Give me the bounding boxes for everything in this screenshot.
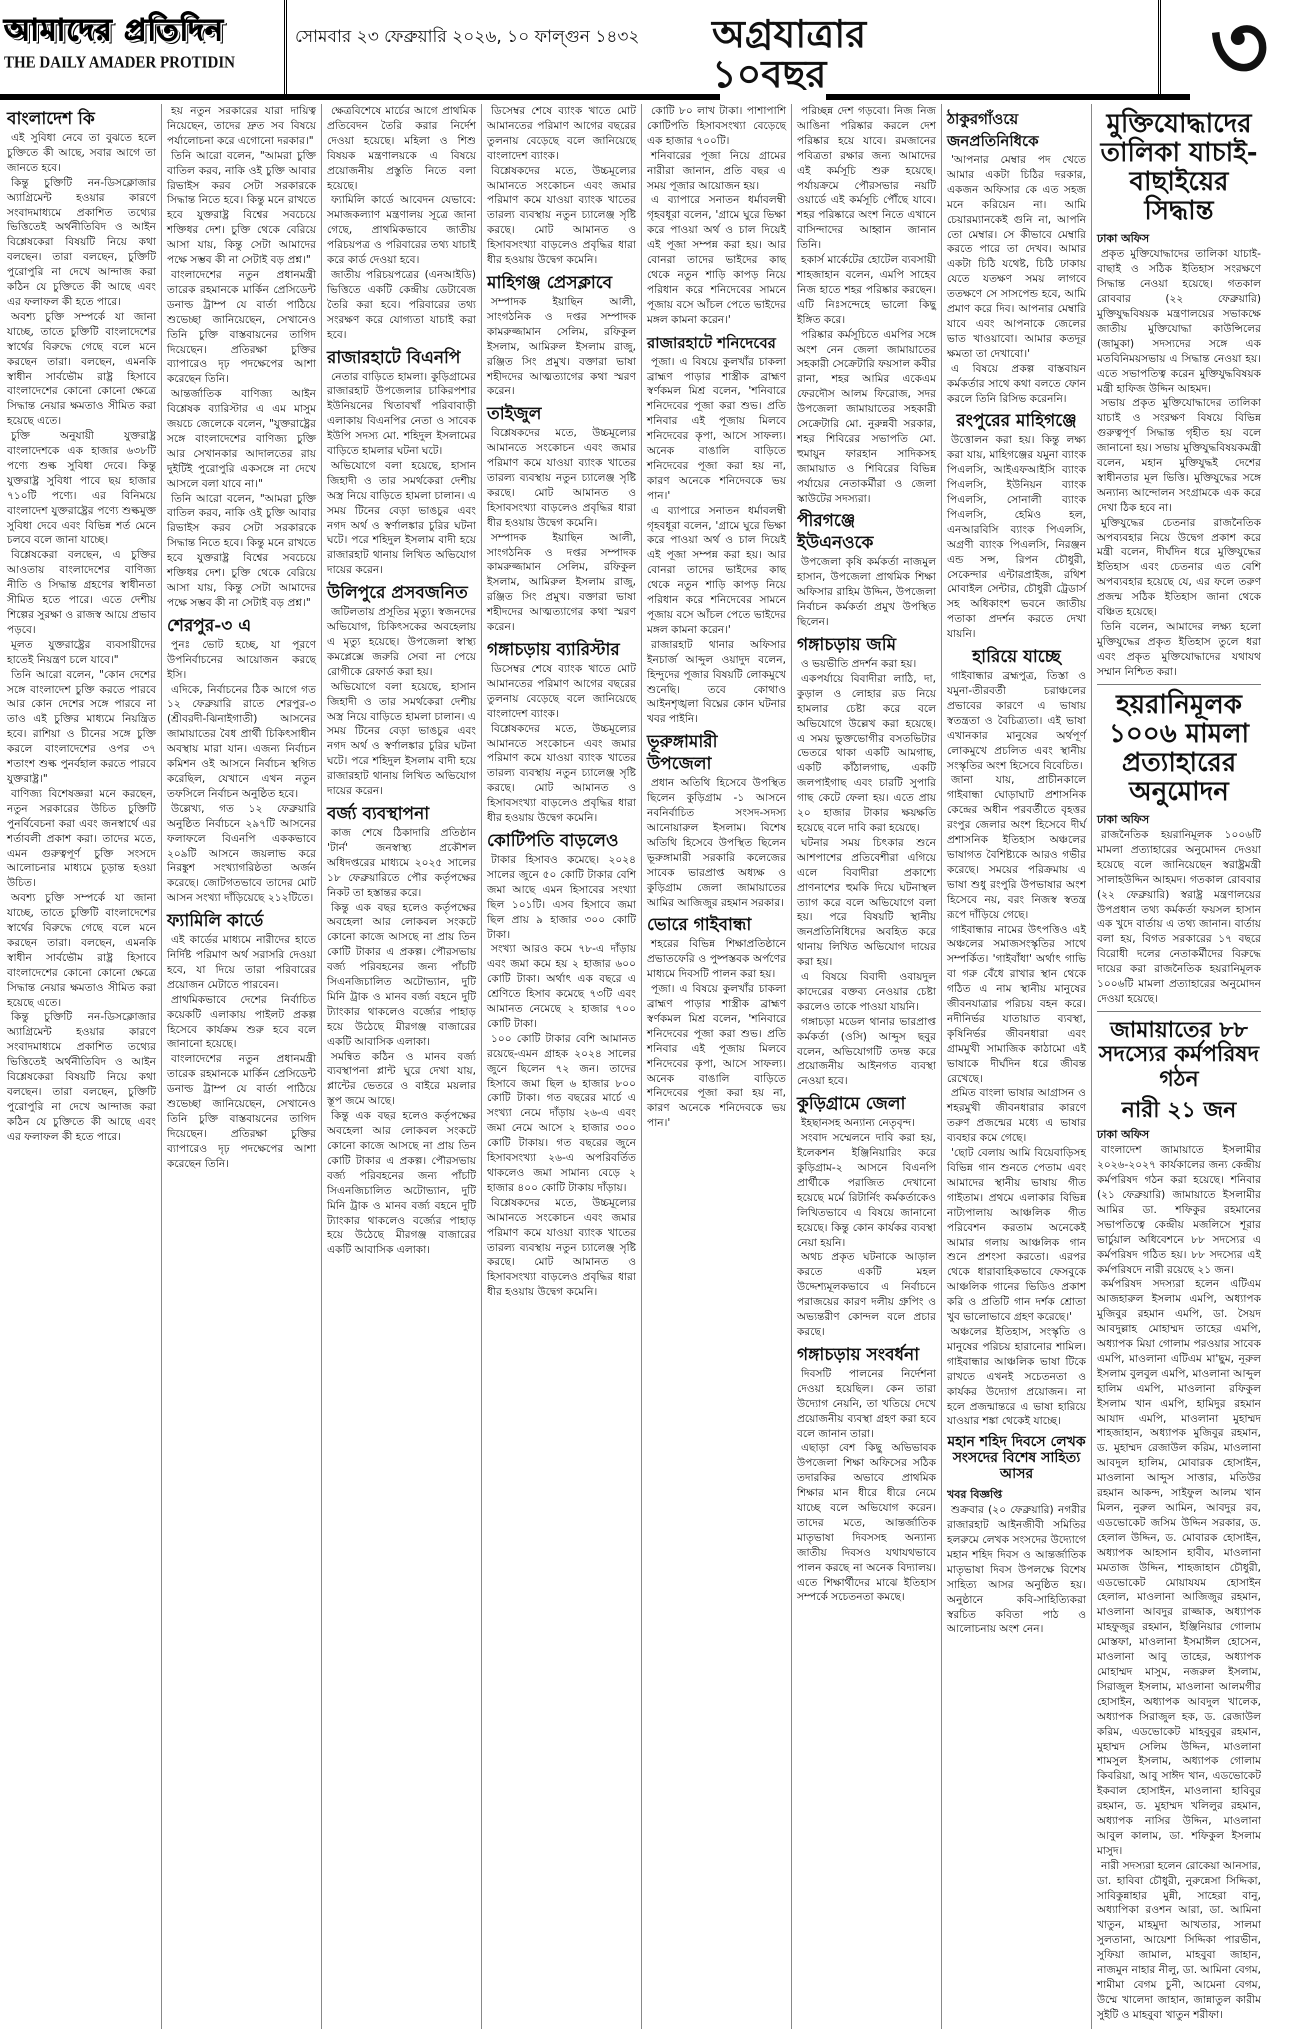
- paragraph: গঙ্গাচড়া মডেল থানার ভারপ্রাপ্ত কর্মকর্ত…: [797, 1015, 936, 1090]
- subheading[interactable]: গঙ্গাচড়ায় জমি: [797, 634, 936, 656]
- story-divider: [1097, 1011, 1261, 1012]
- paragraph: অভিযোগে বলা হয়েছে, হাসান জিহাদী ও তার স…: [327, 459, 476, 578]
- paragraph: সম্পাদক ইয়াছিন আলী, সাংগঠনিক ও দপ্তর সম…: [487, 295, 636, 399]
- paragraph: অঞ্চলের ইতিহাস, সংস্কৃতি ও মানুষের পরিচয…: [947, 1325, 1086, 1429]
- paragraph: পরিচ্ছন্ন দেশ গড়বো। নিজ নিজ আঙিনা পরিষ্…: [797, 104, 936, 253]
- column-4: ডিসেম্বর শেষে ব্যাংক খাতে মোট আমানতের পর…: [484, 104, 639, 2029]
- paragraph: প্রাথমিকভাবে দেশের নির্বাচিত কয়েকটি এলা…: [167, 993, 316, 1053]
- paragraph: একপর্যায়ে বিবাদীরা লাঠি, দা, কুড়াল ও ল…: [797, 672, 936, 836]
- paragraph: এ ব্যাপারে সনাতন ধর্মাবলম্বী গৃহবধূরা বল…: [647, 193, 786, 327]
- paragraph: কিন্তু চুক্তিটি নন-ডিসক্লোজার অ্যাগ্রিমে…: [7, 176, 156, 310]
- story-byline: ঢাকা অফিস: [1097, 1128, 1261, 1143]
- column-5: কোটি ৮০ লাখ টাকা। পাশাপাশি কোটিপতি হিসাব…: [644, 104, 789, 2029]
- paragraph: অবশ্য চুক্তি সম্পর্কে যা জানা যাচ্ছে, তা…: [7, 310, 156, 429]
- paragraph: প্রমিত বাংলা ভাষার আগ্রাসন ও শহরমুখী জীব…: [947, 1086, 1086, 1146]
- paragraph: তিনি আরো বলেন, "কোন দেশের সঙ্গে বাংলাদেশ…: [7, 668, 156, 787]
- paragraph: তিনি আরো বলেন, "আমরা চুক্তি বাতিল করব, ন…: [167, 492, 316, 611]
- story-headline[interactable]: মুক্তিযোদ্ধাদের তালিকা যাচাই-বাছাইয়ের স…: [1097, 110, 1261, 226]
- subheading[interactable]: তাইজুল: [487, 403, 636, 425]
- anniversary-line-1: অগ্রযাত্রার: [712, 14, 866, 54]
- paragraph: ঘটনার সময় চিৎকার শুনে আশপাশের প্রতিবেশী…: [797, 836, 936, 970]
- column-7: ঠাকুরগাঁওয়ে জনপ্রতিনিধিকে 'আপনার মেম্বা…: [944, 104, 1089, 2029]
- paragraph: বিশ্লেষকদের মতে, উচ্চমূল্যের আমানতে সংকো…: [487, 426, 636, 530]
- newspaper-logo[interactable]: আমাদের প্রতিদিন: [4, 6, 224, 57]
- paragraph: চুক্তি অনুযায়ী যুক্তরাষ্ট্র বাংলাদেশকে …: [7, 429, 156, 548]
- paragraph: টাকার হিসাবও কমেছে। ২০২৪ সালের জুনে ৫০ ক…: [487, 853, 636, 942]
- paragraph: দিবসটি পালনের নির্দেশনা দেওয়া হয়েছিল। …: [797, 1367, 936, 1442]
- paragraph: পূজা। এ বিষয়ে কুলখাঁর চাকলা ব্রাহ্মণ পা…: [647, 355, 786, 504]
- newspaper-name-english: THE DAILY AMADER PROTIDIN: [4, 54, 235, 73]
- paragraph: পুনঃ ভোট হচ্ছে, যা পূরণে উপনির্বাচনের আয…: [167, 638, 316, 683]
- paragraph: ইহছানসহ অন্যান্য নেতৃবৃন্দ।: [797, 1116, 936, 1131]
- column-rule: [791, 104, 792, 2029]
- story-subheadline: নারী ২১ জন: [1097, 1098, 1261, 1123]
- masthead: আমাদের প্রতিদিন THE DAILY AMADER PROTIDI…: [0, 0, 1316, 100]
- story-headline[interactable]: জামায়াতের ৮৮ সদস্যের কর্মপরিষদ গঠন: [1097, 1018, 1261, 1092]
- paragraph: রাজারহাট থানার অফিসার ইনচার্জ আব্দুল ওয়…: [647, 638, 786, 727]
- story-continuation-heading[interactable]: বাংলাদেশ কি: [7, 108, 156, 130]
- masthead-rule-gap: [720, 90, 826, 102]
- paragraph: পূজা। এ বিষয়ে কুলখাঁর চাকলা ব্রাহ্মণ পা…: [647, 982, 786, 1131]
- paragraph: বিশ্লেষকেরা বলছেন, এ চুক্তির আওতায় বাংল…: [7, 548, 156, 637]
- story-byline: ঢাকা অফিস: [1097, 232, 1261, 247]
- column-1: বাংলাদেশ কি এই সুবিধা নেবে তা বুঝতে হলে …: [4, 104, 159, 2029]
- paragraph: বিশ্লেষকদের মতে, উচ্চমূল্যের আমানতে সংকো…: [487, 722, 636, 826]
- paragraph: নারী সদস্যরা হলেন রোকেয়া আনসার, ডা. হাব…: [1097, 1859, 1261, 2023]
- paragraph: মুক্তিযুদ্ধের চেতনার রাজনৈতিক অপব্যবহার …: [1097, 516, 1261, 620]
- paragraph: অভিযোগে বলা হয়েছে, হাসান জিহাদী ও তার স…: [327, 680, 476, 799]
- paragraph: উত্তোলন করা হয়। কিন্তু লক্ষ্য করা যায়,…: [947, 433, 1086, 642]
- column-2: হয় নতুন সরকারের যারা দায়িত্ব নিয়েছেন,…: [164, 104, 319, 2029]
- paragraph: শনিবারের পূজা নিয়ে গ্রামের নারীরা জানান…: [647, 149, 786, 194]
- paragraph: এ বিষয়ে প্রকল্প বাস্তবায়ন কর্মকর্তার স…: [947, 362, 1086, 407]
- issue-date: সোমবার ২৩ ফেব্রুয়ারি ২০২৬, ১০ ফাল্গুন ১…: [295, 24, 640, 52]
- paragraph: ডিসেম্বর শেষে ব্যাংক খাতে মোট আমানতের পর…: [487, 104, 636, 164]
- paragraph: সভায় প্রকৃত মুক্তিযোদ্ধাদের তালিকা যাচা…: [1097, 396, 1261, 515]
- paragraph: আন্তর্জাতিক বাণিজ্য আইন বিশ্লেষক ব্যারিস…: [167, 387, 316, 491]
- subheading[interactable]: মাহিগঞ্জ প্রেসক্লাবে: [487, 272, 636, 294]
- subheading[interactable]: গঙ্গাচড়ায় ব্যারিস্টার: [487, 639, 636, 661]
- subheading[interactable]: রংপুরের মাহিগঞ্জে: [947, 410, 1086, 432]
- paragraph: হয় নতুন সরকারের যারা দায়িত্ব নিয়েছেন,…: [167, 104, 316, 149]
- masthead-rule: [0, 94, 1190, 100]
- paragraph: বাংলাদেশের নতুন প্রধানমন্ত্রী তারেক রহমা…: [167, 1052, 316, 1171]
- subheading[interactable]: পীরগঞ্জে ইউএনওকে: [797, 510, 936, 554]
- paragraph: কিন্তু চুক্তিটি নন-ডিসক্লোজার অ্যাগ্রিমে…: [7, 1010, 156, 1144]
- page-columns: বাংলাদেশ কি এই সুবিধা নেবে তা বুঝতে হলে …: [4, 104, 1314, 2029]
- paragraph: উপজেলা কৃষি কর্মকর্তা নাজমুল হাসান, উপজে…: [797, 555, 936, 630]
- anniversary-line-2: ১০বছর: [712, 54, 866, 94]
- paragraph: এ বিষয়ে বিবাদী ওবায়দুল কাদেরের বক্তব্য…: [797, 970, 936, 1015]
- paragraph: ফ্যামিলি কার্ডে আবেদন যেভাবে: সমাজকল্যাণ…: [327, 193, 476, 268]
- paragraph: ডিসেম্বর শেষে ব্যাংক খাতে মোট আমানতের পর…: [487, 662, 636, 722]
- paragraph: অবশ্য চুক্তি সম্পর্কে যা জানা যাচ্ছে, তা…: [7, 891, 156, 1010]
- paragraph: পরিষ্কার কর্মসূচিতে এমপির সঙ্গে অংশ নেন …: [797, 328, 936, 507]
- paragraph: উল্লেখ্য, গত ১২ ফেব্রুয়ারি অনুষ্ঠিত নির…: [167, 802, 316, 906]
- paragraph: শহরের বিভিন্ন শিক্ষাপ্রতিষ্ঠানে প্রভাতফে…: [647, 937, 786, 982]
- column-rule: [481, 104, 482, 2029]
- paragraph: সংখ্যা আরও কমে ৭৮-এ দাঁড়ায় এবং জমা কমে…: [487, 942, 636, 1031]
- page-number: ৩: [1210, 2, 1269, 92]
- paragraph: জটিলতায় প্রসূতির মৃত্যু। স্বজনদের অভিযো…: [327, 605, 476, 680]
- anniversary-badge: অগ্রযাত্রার ১০বছর: [712, 14, 866, 94]
- subheading[interactable]: ফ্যামিলি কার্ডে: [167, 910, 316, 932]
- column-rule: [941, 104, 942, 2029]
- paragraph: তিনি আরো বলেন, "আমরা চুক্তি বাতিল করব, ন…: [167, 149, 316, 268]
- paragraph: অথচ প্রকৃত ঘটনাকে আড়াল করতে একটি মহল উদ…: [797, 1250, 936, 1339]
- subheading[interactable]: উলিপুরে প্রসবজনিত: [327, 582, 476, 604]
- subheading[interactable]: হারিয়ে যাচ্ছে: [947, 646, 1086, 668]
- paragraph: বাংলাদেশের নতুন প্রধানমন্ত্রী তারেক রহমা…: [167, 268, 316, 387]
- masthead-divider: [284, 0, 287, 96]
- paragraph: ও ভয়ভীতি প্রদর্শন করা হয়।: [797, 657, 936, 672]
- paragraph: বাণিজ্য বিশেষজ্ঞরা মনে করছেন, নতুন সরকার…: [7, 787, 156, 891]
- column-rule: [641, 104, 642, 2029]
- paragraph: নেতার বাড়িতে হামলা। কুড়িগ্রামের রাজারহ…: [327, 370, 476, 459]
- paragraph: গাইবান্ধার ব্রহ্মপুত্র, তিস্তা ও যমুনা-ত…: [947, 669, 1086, 773]
- subheading[interactable]: রাজারহাটে শনিদেবের: [647, 332, 786, 354]
- paragraph: তিনি বলেন, আমাদের লক্ষ্য হলো মুক্তিযুদ্ধ…: [1097, 620, 1261, 680]
- paragraph: সংবাদ সম্মেলনে দাবি করা হয়, ইলেকশন ইঞ্জ…: [797, 1131, 936, 1250]
- subheading[interactable]: রাজারহাটে বিএনপি: [327, 347, 476, 369]
- story-byline: খবর বিজ্ঞপ্তি: [947, 1488, 1086, 1503]
- paragraph: হকার্স মার্কেটের হোটেল ব্যবসায়ী শাহজাহা…: [797, 253, 936, 328]
- column-3: ক্ষেত্রবিশেষে মার্চের আগে প্রাথমিক প্রতি…: [324, 104, 479, 2029]
- story-headline[interactable]: হয়রানিমূলক ১০০৬ মামলা প্রত্যাহারের অনুম…: [1097, 691, 1261, 807]
- column-6: পরিচ্ছন্ন দেশ গড়বো। নিজ নিজ আঙিনা পরিষ্…: [794, 104, 939, 2029]
- paragraph: ক্ষেত্রবিশেষে মার্চের আগে প্রাথমিক প্রতি…: [327, 104, 476, 193]
- paragraph: কিন্তু এক বছর হলেও কর্তৃপক্ষের অবহেলা আর…: [327, 1109, 476, 1258]
- story-divider: [1097, 684, 1261, 685]
- paragraph: কিন্তু এক বছর হলেও কর্তৃপক্ষের অবহেলা আর…: [327, 901, 476, 1050]
- paragraph: এদিকে, নির্বাচনের ঠিক আগে গত ১২ ফেব্রুয়…: [167, 683, 316, 802]
- paragraph: প্রধান অতিথি হিসেবে উপস্থিত ছিলেন কুড়িগ…: [647, 776, 786, 910]
- story-headline[interactable]: মহান শহিদ দিবসে লেখক সংসদের বিশেষ সাহিত্…: [947, 1435, 1086, 1482]
- paragraph: সম্পাদক ইয়াছিন আলী, সাংগঠনিক ও দপ্তর সম…: [487, 531, 636, 635]
- paragraph: এ ব্যাপারে সনাতন ধর্মাবলম্বী গৃহবধূরা বল…: [647, 504, 786, 638]
- subheading[interactable]: কুড়িগ্রামে জেলা: [797, 1093, 936, 1115]
- paragraph: মূলত যুক্তরাষ্ট্রের ব্যবসায়ীদের হাতেই ন…: [7, 638, 156, 668]
- paragraph: কোটি ৮০ লাখ টাকা। পাশাপাশি কোটিপতি হিসাব…: [647, 104, 786, 149]
- column-8: মুক্তিযোদ্ধাদের তালিকা যাচাই-বাছাইয়ের স…: [1094, 104, 1264, 2029]
- paragraph: এই সুবিধা নেবে তা বুঝতে হলে চুক্তিতে কী …: [7, 131, 156, 176]
- paragraph: বাংলাদেশ জামায়াতে ইসলামীর ২০২৬-২০২৭ কার…: [1097, 1143, 1261, 1277]
- column-rule: [161, 104, 162, 2029]
- paragraph: কর্মপরিষদ সদস্যরা হলেন এটিএম আজহারুল ইসল…: [1097, 1277, 1261, 1858]
- paragraph: বিশ্লেষকদের মতে, উচ্চমূল্যের আমানতে সংকো…: [487, 164, 636, 268]
- subheading[interactable]: ঠাকুরগাঁওয়ে জনপ্রতিনিধিকে: [947, 108, 1086, 152]
- paragraph: এছাড়া বেশ কিছু অভিভাবক উপজেলা শিক্ষা অফ…: [797, 1441, 936, 1605]
- paragraph: এই কার্ডের মাধ্যমে নারীদের হাতে নির্দিষ্…: [167, 933, 316, 993]
- subheading[interactable]: বর্জ্য ব্যবস্থাপনা: [327, 803, 476, 825]
- column-rule: [1091, 104, 1092, 2029]
- masthead-divider: [1158, 0, 1161, 96]
- paragraph: রাজনৈতিক হয়রানিমূলক ১০০৬টি মামলা প্রত্য…: [1097, 828, 1261, 1007]
- story-byline: ঢাকা অফিস: [1097, 813, 1261, 828]
- paragraph: 'ছোট বেলায় আমি বিয়েবাড়িসহ বিভিন্ন গান…: [947, 1146, 1086, 1325]
- subheading[interactable]: গঙ্গাচড়ায় সংবর্ধনা: [797, 1344, 936, 1366]
- paragraph: ১০০ কোটি টাকার বেশি আমানত রয়েছে-এমন গ্র…: [487, 1032, 636, 1196]
- paragraph: 'আপনার মেম্বার পদ খেতে আমার একটা চিঠির দ…: [947, 153, 1086, 362]
- paragraph: জানা যায়, প্রাচীনকালে গাইবান্ধা ঘোড়াঘা…: [947, 773, 1086, 922]
- paragraph: শুক্রবার (২০ ফেব্রুয়ারি) নগরীর রাজারহাট…: [947, 1503, 1086, 1637]
- paragraph: সমন্বিত কঠিন ও মানব বর্জ্য ব্যবস্থাপনা প…: [327, 1050, 476, 1110]
- paragraph: গাইবান্ধার নামের উৎপত্তিও এই অঞ্চলের সমা…: [947, 923, 1086, 1087]
- paragraph: বিশ্লেষকদের মতে, উচ্চমূল্যের আমানতে সংকো…: [487, 1196, 636, 1300]
- subheading[interactable]: ভোরে গাইবান্ধা: [647, 914, 786, 936]
- column-rule: [321, 104, 322, 2029]
- subheading[interactable]: কোটিপতি বাড়লেও: [487, 830, 636, 852]
- paragraph: জাতীয় পরিচয়পত্রের (এনআইডি) ভিত্তিতে এক…: [327, 268, 476, 343]
- paragraph: কাজ শেষে ঠিকাদারি প্রতিষ্ঠান 'টার্ন' জনস…: [327, 826, 476, 901]
- paragraph: প্রকৃত মুক্তিযোদ্ধাদের তালিকা যাচাই-বাছা…: [1097, 247, 1261, 396]
- subheading[interactable]: শেরপুর-৩ এ: [167, 615, 316, 637]
- subheading[interactable]: ভূরুঙ্গামারী উপজেলা: [647, 731, 786, 775]
